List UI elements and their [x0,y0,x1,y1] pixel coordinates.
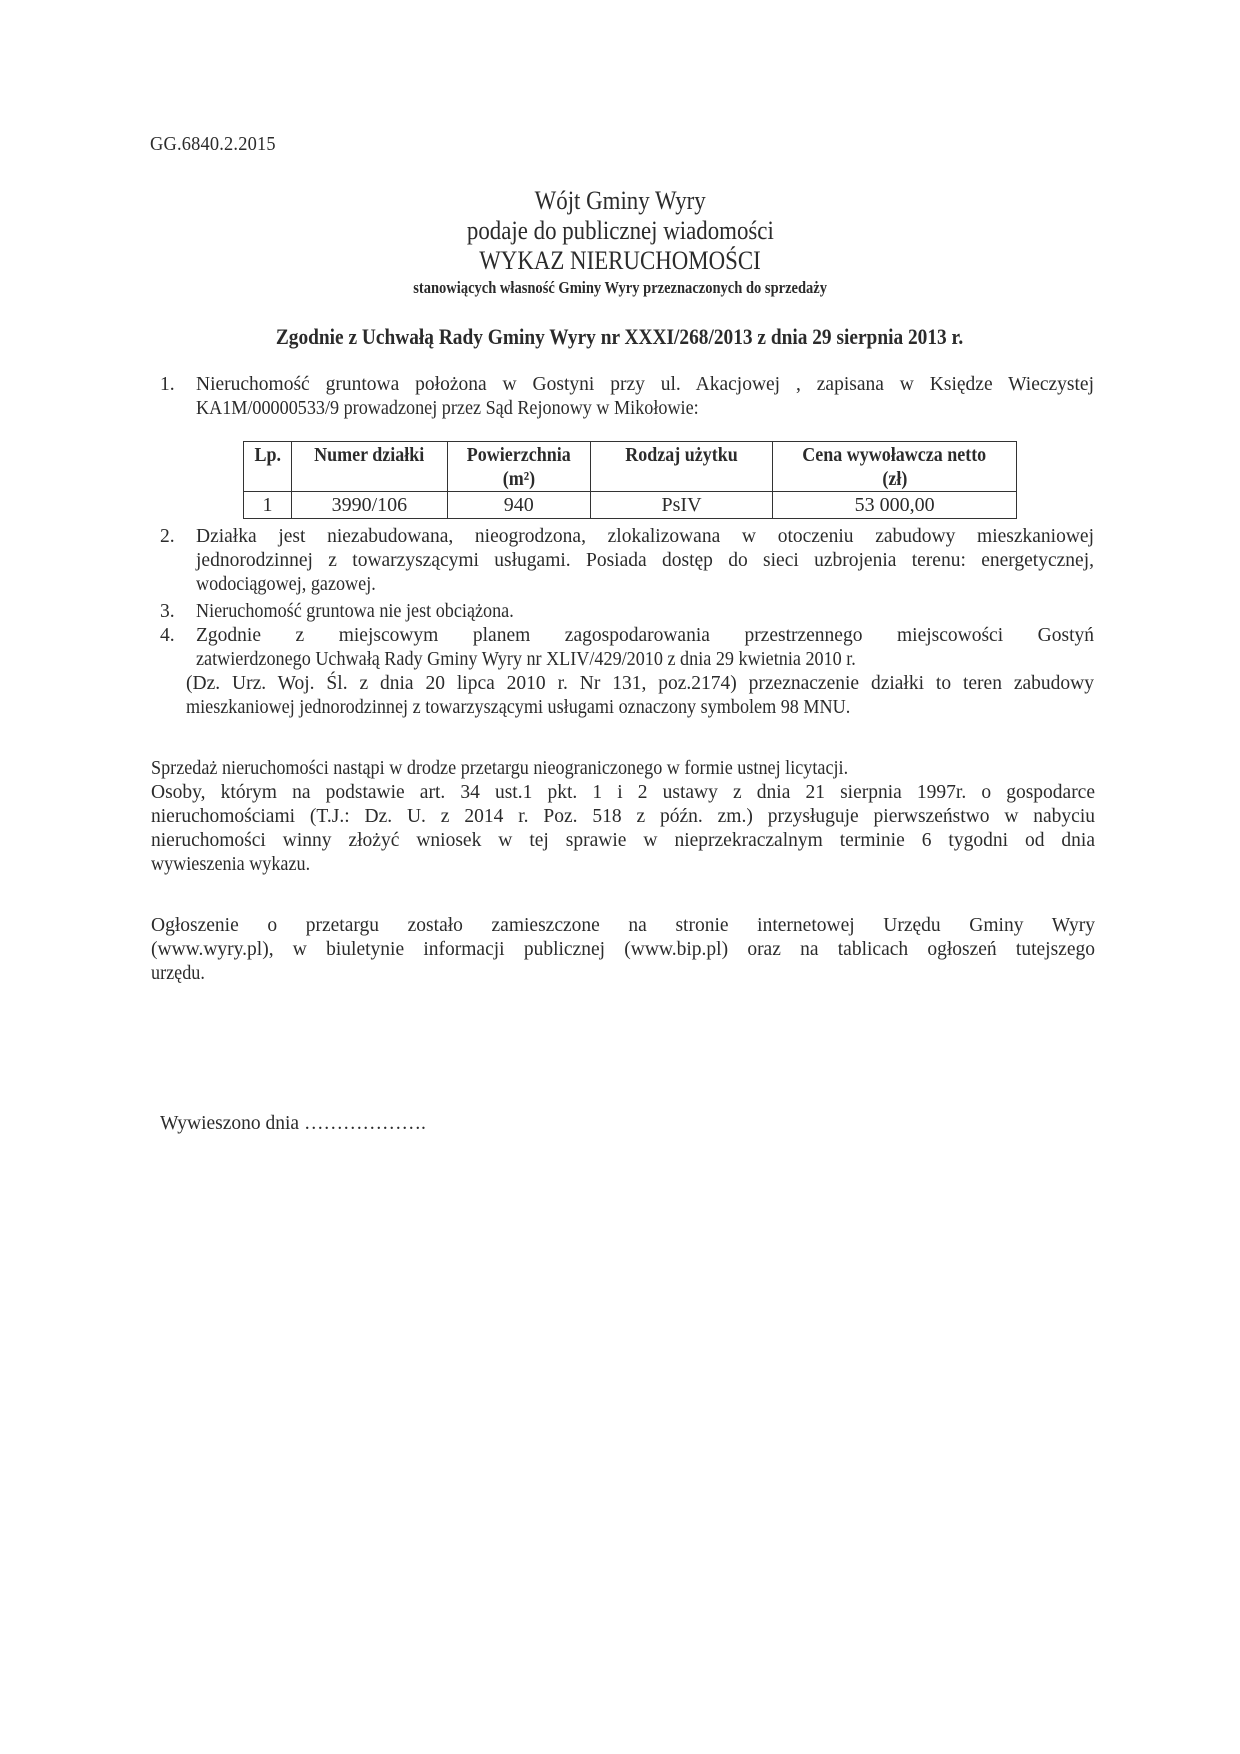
paragraph-line: Sprzedaż nieruchomości nastąpi w drodze … [151,757,848,781]
resolution-line: Zgodnie z Uchwałą Rady Gminy Wyry nr XXX… [0,323,1240,351]
property-table: Lp. Numer działki Powierzchnia(m²) Rodza… [243,441,1017,519]
header-authority: Wójt Gminy Wyry [0,186,1240,216]
posted-date-line: Wywieszono dnia ………………. [160,1112,426,1136]
item-text-line: Nieruchomość gruntowa nie jest obciążona… [196,600,514,624]
list-number: 3. [160,600,186,624]
item-text-line: KA1M/00000533/9 prowadzonej przez Sąd Re… [196,397,699,421]
paragraph-line: Osoby, którym na podstawie art. 34 ust.1… [151,781,1095,805]
cell-area: 940 [447,492,590,519]
item-text-line: jednorodzinnej z towarzyszącymi usługami… [196,549,1094,573]
list-number: 2. [160,525,186,549]
header-announcement: podaje do publicznej wiadomości [0,216,1240,246]
cell-lp: 1 [244,492,292,519]
list-number: 4. [160,624,186,648]
cell-land-use: PsIV [590,492,773,519]
list-number: 1. [160,373,186,397]
item-text-line: Nieruchomość gruntowa położona w Gostyni… [196,373,1094,397]
item-text-line: zatwierdzonego Uchwałą Rady Gminy Wyry n… [196,648,856,672]
paragraph-line: nieruchomości winny złożyć wniosek w tej… [151,829,1095,853]
paragraph-line: (www.wyry.pl), w biuletynie informacji p… [151,938,1095,962]
item-text-line: Działka jest niezabudowana, nieogrodzona… [196,525,1094,549]
paragraph-line: wywieszenia wykazu. [151,853,310,877]
col-header-area: Powierzchnia(m²) [447,442,590,492]
table-row: 1 3990/106 940 PsIV 53 000,00 [244,492,1017,519]
paragraph-line: nieruchomościami (T.J.: Dz. U. z 2014 r.… [151,805,1095,829]
header-title: WYKAZ NIERUCHOMOŚCI [0,246,1240,276]
cell-plot-number: 3990/106 [291,492,447,519]
item-text-line: mieszkaniowej jednorodzinnej z towarzysz… [186,696,850,720]
col-header-plot-number: Numer działki [291,442,447,492]
col-header-land-use: Rodzaj użytku [590,442,773,492]
paragraph-line: urzędu. [151,962,205,986]
table-header-row: Lp. Numer działki Powierzchnia(m²) Rodza… [244,442,1017,492]
item-text-line: wodociągowej, gazowej. [196,573,376,597]
col-header-price: Cena wywoławcza netto(zł) [773,442,1017,492]
col-header-lp: Lp. [244,442,292,492]
reference-number: GG.6840.2.2015 [150,133,276,156]
paragraph-line: Ogłoszenie o przetargu zostało zamieszcz… [151,914,1095,938]
item-text-line: Zgodnie z miejscowym planem zagospodarow… [196,624,1094,648]
cell-price: 53 000,00 [773,492,1017,519]
header-subtitle: stanowiących własność Gminy Wyry przezna… [0,277,1240,299]
item-text-line: (Dz. Urz. Woj. Śl. z dnia 20 lipca 2010 … [186,672,1094,696]
